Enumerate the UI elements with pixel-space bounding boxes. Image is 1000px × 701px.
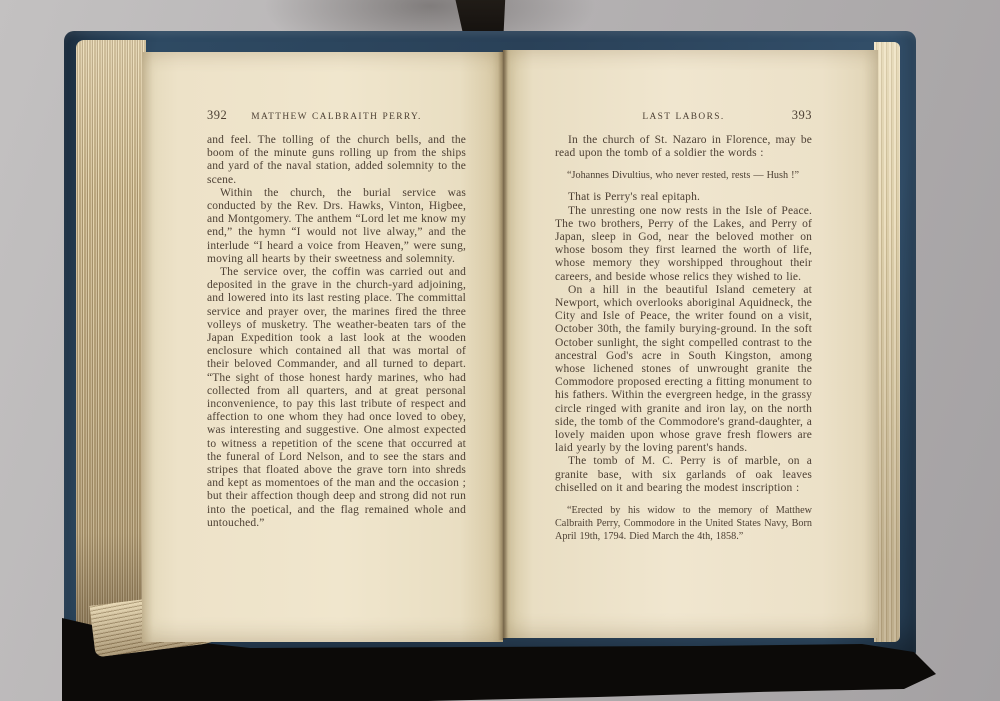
right-page-text: 393 LAST LABORS. In the church of St. Na… bbox=[555, 109, 812, 552]
paragraph: That is Perry's real epitaph. bbox=[555, 191, 812, 204]
paragraph: On a hill in the beautiful Island cemete… bbox=[555, 284, 812, 456]
right-page-header: 393 LAST LABORS. bbox=[555, 109, 812, 125]
left-page-header: 392 MATTHEW CALBRAITH PERRY. bbox=[207, 109, 466, 125]
block-quote: “Johannes Divultius, who never rested, r… bbox=[555, 169, 812, 182]
paragraph: The service over, the coffin was carried… bbox=[207, 266, 466, 530]
page-number: 392 bbox=[207, 109, 227, 122]
block-quote: “Erected by his widow to the memory of M… bbox=[555, 504, 812, 543]
paragraph: In the church of St. Nazaro in Florence,… bbox=[555, 134, 812, 160]
paragraph: The tomb of M. C. Perry is of marble, on… bbox=[555, 455, 812, 495]
paragraph: The unresting one now rests in the Isle … bbox=[555, 205, 812, 284]
paragraph: and feel. The tolling of the church bell… bbox=[207, 134, 466, 187]
paragraph: Within the church, the burial service wa… bbox=[207, 187, 466, 266]
photo-backdrop: 392 MATTHEW CALBRAITH PERRY. and feel. T… bbox=[0, 0, 1000, 701]
running-head: MATTHEW CALBRAITH PERRY. bbox=[207, 109, 466, 124]
book-gutter bbox=[498, 50, 508, 640]
left-page-text: 392 MATTHEW CALBRAITH PERRY. and feel. T… bbox=[207, 109, 466, 530]
page-number: 393 bbox=[792, 109, 812, 122]
running-head: LAST LABORS. bbox=[555, 109, 812, 124]
